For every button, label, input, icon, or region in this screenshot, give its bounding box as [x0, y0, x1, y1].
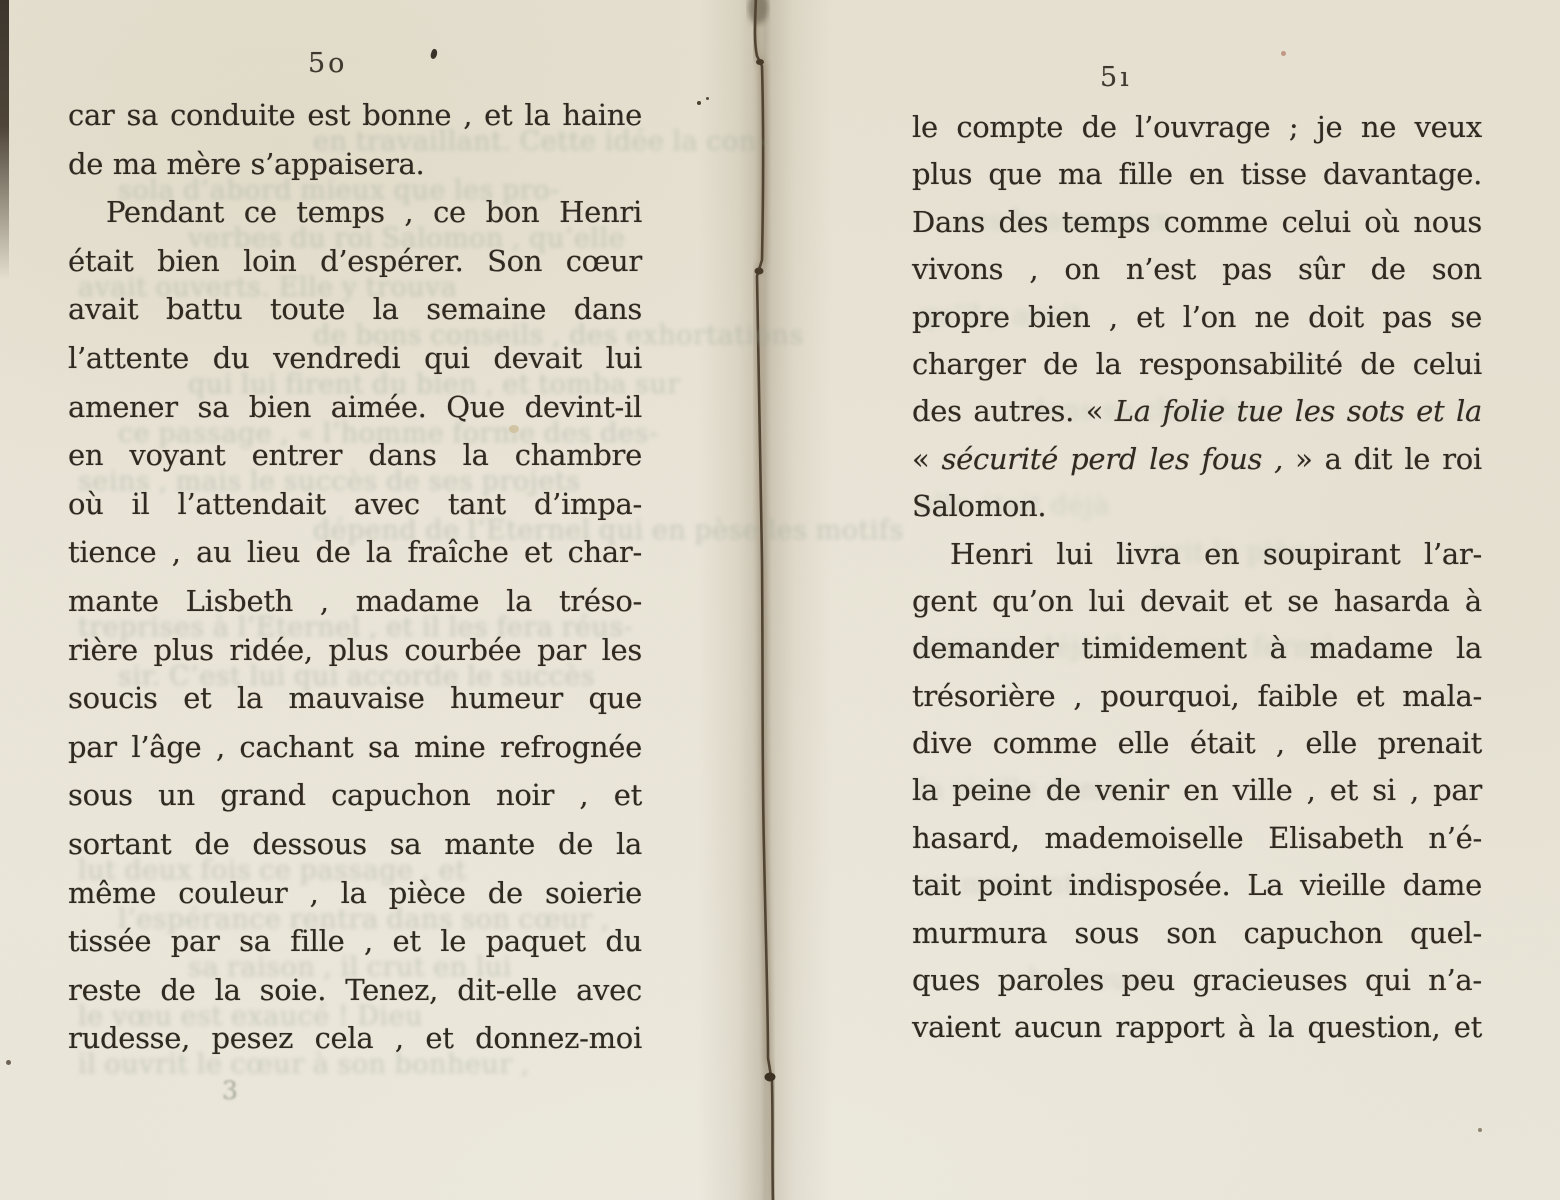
text-line: manteLisbeth,madamelatréso-: [68, 577, 642, 626]
word: ;: [1289, 104, 1298, 151]
word: Elisabeth: [1268, 815, 1403, 862]
word: la: [463, 431, 489, 480]
word: mante: [68, 577, 159, 626]
word: paroles: [998, 957, 1104, 1004]
word: devait: [493, 334, 582, 383]
word: peine: [952, 767, 1031, 814]
word: gracieuses: [1193, 957, 1348, 1004]
word: la: [524, 91, 550, 140]
word: lui: [1088, 578, 1124, 625]
word: n’é-: [1428, 815, 1482, 862]
word: vieille: [1300, 862, 1386, 909]
word: et: [1454, 1004, 1482, 1051]
word: n’a-: [1428, 957, 1482, 1004]
word: rapport: [1115, 1004, 1224, 1051]
word: et: [1330, 767, 1358, 814]
word: qu’on: [992, 578, 1073, 625]
word: voyant: [129, 431, 225, 480]
word: que: [588, 674, 642, 723]
word: mauvaise: [289, 674, 425, 723]
word: semaine: [426, 285, 546, 334]
word: a: [1325, 436, 1342, 483]
ink-speck: [430, 48, 439, 59]
word: ,: [320, 577, 329, 626]
word: devait: [1140, 578, 1229, 625]
word: ,: [404, 188, 413, 237]
word: entrer: [252, 431, 343, 480]
word: tisse: [1240, 151, 1306, 198]
word: chambre: [515, 431, 642, 480]
binding-crease: [690, 0, 850, 1200]
word: je: [1317, 104, 1343, 151]
word: amener: [68, 383, 178, 432]
text-line: demandertimidementàmadamela: [912, 625, 1482, 672]
word: ,: [364, 917, 373, 966]
word: si: [1372, 767, 1396, 814]
word: d’espérer.: [320, 237, 463, 286]
word: capuchon: [1243, 910, 1382, 957]
text-line: tience,aulieudelafraîcheetchar-: [68, 528, 642, 577]
word: ne: [1255, 294, 1290, 341]
word: quel-: [1410, 910, 1482, 957]
word: avait: [68, 285, 138, 334]
word: con-: [706, 118, 766, 167]
word: question,: [1308, 1004, 1441, 1051]
word: faible: [1257, 673, 1338, 720]
word: la: [1096, 341, 1122, 388]
word: Que: [446, 383, 505, 432]
word: Dans: [912, 199, 985, 246]
text-line: hasard,mademoiselleElisabethn’é-: [912, 815, 1482, 862]
word: cachant: [239, 723, 353, 772]
word: l’âge: [131, 723, 201, 772]
word: la: [673, 118, 699, 167]
page-number-left: 5o: [308, 48, 347, 79]
word: et: [484, 91, 512, 140]
word: sous: [68, 771, 133, 820]
word: la: [1268, 1004, 1294, 1051]
word: sa: [239, 917, 271, 966]
word: la: [1456, 625, 1482, 672]
ink-speck: [706, 97, 709, 100]
word: indisposée.: [1069, 862, 1231, 909]
word: couleur: [178, 869, 287, 918]
word: les: [1295, 388, 1335, 435]
word: Pendant: [106, 188, 224, 237]
word: l’on: [1183, 294, 1236, 341]
word: de: [1082, 104, 1117, 151]
word: qui: [424, 334, 470, 383]
text-line: Pendantcetemps,cebonHenri: [68, 188, 642, 237]
foxing-speck: [1478, 1128, 1482, 1132]
word: Lisbeth: [186, 577, 293, 626]
signature-mark: 3: [222, 1076, 238, 1105]
word: conduite: [170, 91, 295, 140]
text-line: vivons,onn’estpassûrdeson: [912, 246, 1482, 293]
text-line: oùill’attendaitavectantd’impa-: [68, 480, 642, 529]
word: ma: [1058, 151, 1102, 198]
word: du: [605, 917, 642, 966]
word: plus: [154, 626, 214, 675]
text-line: lapeinedevenirenville,etsi,par: [912, 767, 1482, 814]
word: où: [1364, 199, 1400, 246]
word: ce: [433, 188, 466, 237]
word: ,: [172, 528, 181, 577]
word: la: [215, 966, 241, 1015]
text-line: soucisetlamauvaisehumeurque: [68, 674, 642, 723]
word: ,: [1109, 294, 1118, 341]
word: fraîche: [407, 528, 508, 577]
word: par: [1433, 767, 1482, 814]
word: tience: [68, 528, 156, 577]
word: des: [998, 199, 1048, 246]
word: humeur: [450, 674, 563, 723]
word: ,: [1410, 767, 1419, 814]
word: ridée,: [229, 626, 312, 675]
word: madame: [1310, 625, 1434, 672]
text-line: taitpointindisposée.Lavieilledame: [912, 862, 1482, 909]
word: se: [1450, 294, 1481, 341]
word: la: [912, 767, 938, 814]
word: nous: [1413, 199, 1482, 246]
word: motifs: [816, 507, 904, 556]
text-line: proprebien,etl’onnedoitpasse: [912, 294, 1482, 341]
word: la: [341, 869, 367, 918]
book-scan: entravaillant.Cetteidéelacon-solad’abord…: [0, 0, 1560, 1200]
word: où: [68, 480, 104, 529]
text-line: amenersabienaimée.Quedevint-il: [68, 383, 642, 432]
word: comme: [1164, 199, 1268, 246]
word: de: [1043, 341, 1078, 388]
word: sûr: [1298, 246, 1345, 293]
word: cela: [315, 1014, 374, 1063]
word: les: [1149, 436, 1189, 483]
word: bon: [486, 188, 540, 237]
word: livra: [1116, 531, 1181, 578]
word: et: [614, 771, 642, 820]
word: sots: [1347, 388, 1405, 435]
word: de: [558, 820, 593, 869]
word: tissée: [68, 917, 151, 966]
word: devint-il: [525, 383, 642, 432]
word: doit: [1308, 294, 1364, 341]
word: prenait: [1378, 720, 1482, 767]
text-line: rièreplusridée,pluscourbéeparles: [68, 626, 642, 675]
word: en: [1183, 767, 1218, 814]
word: était: [1190, 720, 1256, 767]
word: ce: [244, 188, 277, 237]
word: toute: [270, 285, 345, 334]
word: ,: [395, 1014, 404, 1063]
word: perd: [1070, 436, 1137, 483]
text-line: restedelasoie.Tenez,dit-elleavec: [68, 966, 642, 1015]
word: murmura: [912, 910, 1047, 957]
word: par: [537, 626, 586, 675]
word: des: [912, 388, 962, 435]
word: de: [316, 528, 351, 577]
word: courbée: [404, 626, 521, 675]
word: vaient: [912, 1004, 1001, 1051]
word: pièce: [389, 869, 466, 918]
word: sa: [127, 91, 159, 140]
word: de: [488, 869, 523, 918]
word: du: [213, 334, 250, 383]
word: tréso-: [559, 577, 642, 626]
word: de: [160, 966, 195, 1015]
word: de: [1046, 767, 1081, 814]
word: bien: [1028, 294, 1090, 341]
text-line: Henriluilivraensoupirantl’ar-: [912, 531, 1482, 578]
word: venir: [1095, 767, 1169, 814]
word: dit: [1354, 436, 1393, 483]
word: avec: [354, 480, 420, 529]
word: est: [307, 91, 350, 140]
word: timidement: [1081, 625, 1246, 672]
word: ne: [1361, 104, 1396, 151]
word: comme: [993, 720, 1097, 767]
text-line: sousungrandcapuchonnoir,et: [68, 771, 642, 820]
word: d’impa-: [534, 480, 642, 529]
word: sortant: [68, 820, 171, 869]
word: noir: [496, 771, 554, 820]
word: on: [1064, 246, 1100, 293]
word: l’ar-: [1424, 531, 1482, 578]
text-line: rudesse,pesezcela,etdonnez-moi: [68, 1014, 642, 1063]
word: avec: [576, 966, 642, 1015]
word: mère: [166, 140, 241, 189]
word: battu: [166, 285, 242, 334]
word: celui: [1282, 199, 1351, 246]
word: en: [68, 431, 103, 480]
word: dans: [574, 285, 642, 334]
text-line: mêmecouleur,lapiècedesoierie: [68, 869, 642, 918]
word: reste: [68, 966, 141, 1015]
word: mine: [414, 723, 485, 772]
word: la: [373, 285, 399, 334]
word: en: [652, 507, 686, 556]
word: cœur: [566, 237, 642, 286]
foxing-speck: [6, 1060, 11, 1065]
word: La: [1247, 862, 1283, 909]
word: aimée.: [331, 383, 427, 432]
text-line: tisséeparsafille,etlepaquetdu: [68, 917, 642, 966]
word: temps: [296, 188, 384, 237]
word: et: [1136, 294, 1164, 341]
word: compte: [956, 104, 1063, 151]
word: la: [1456, 388, 1482, 435]
word: celui: [1413, 341, 1482, 388]
word: soierie: [545, 869, 642, 918]
word: sa: [368, 723, 400, 772]
word: sa: [390, 820, 422, 869]
word: veux: [1415, 104, 1482, 151]
word: pas: [1382, 294, 1432, 341]
word: mala-: [1402, 673, 1482, 720]
text-line: divecommeelleétait,elleprenait: [912, 720, 1482, 767]
word: de: [1360, 341, 1395, 388]
word: ,: [1307, 767, 1316, 814]
word: et: [183, 674, 211, 723]
word: n’est: [1126, 246, 1196, 293]
word: soucis: [68, 674, 158, 723]
text-line: Salomon.: [912, 483, 1482, 530]
word: était: [68, 237, 134, 286]
word: l’attente: [68, 334, 189, 383]
word: le: [912, 104, 938, 151]
word: aucun: [1014, 1004, 1102, 1051]
word: donnez-moi: [475, 1014, 642, 1063]
word: rière: [68, 626, 138, 675]
word: paquet: [486, 917, 586, 966]
word: à: [1238, 1004, 1255, 1051]
word: autres.: [973, 388, 1074, 435]
word: elle: [1305, 720, 1357, 767]
word: dit-elle: [457, 966, 557, 1015]
word: point: [978, 862, 1052, 909]
text-line: avaitbattutoutelasemainedans: [68, 285, 642, 334]
word: mademoiselle: [1045, 815, 1244, 862]
text-line: étaitbienloind’espérer.Soncœur: [68, 237, 642, 286]
word: davantage.: [1323, 151, 1482, 198]
word: ,: [579, 771, 588, 820]
word: pourquoi,: [1100, 673, 1239, 720]
word: Henri: [950, 531, 1033, 578]
word: l’attendait: [178, 480, 326, 529]
word: de: [194, 820, 229, 869]
word: plus: [912, 151, 972, 198]
word: tant: [448, 480, 506, 529]
word: un: [158, 771, 195, 820]
word: même: [68, 869, 156, 918]
word: bien: [249, 383, 311, 432]
word: madame: [356, 577, 480, 626]
word: dame: [1403, 862, 1482, 909]
word: vendredi: [273, 334, 400, 383]
word: tue: [1236, 388, 1283, 435]
word: en: [1204, 531, 1239, 578]
word: car: [68, 91, 115, 140]
word: de: [68, 140, 103, 189]
word: vivons: [912, 246, 1003, 293]
word: et: [1416, 388, 1444, 435]
word: capuchon: [331, 771, 470, 820]
text-line: demamères’appaisera.: [68, 140, 642, 189]
word: ,: [1274, 436, 1283, 483]
word: Son: [487, 237, 542, 286]
word: ,: [1073, 673, 1082, 720]
word: les: [602, 626, 642, 675]
word: se: [1287, 578, 1318, 625]
word: pas: [1222, 246, 1272, 293]
word: propre: [912, 294, 1010, 341]
word: ,: [310, 869, 319, 918]
word: peu: [1122, 957, 1176, 1004]
text-line: «sécuritéperdlesfous,»aditleroi: [912, 436, 1482, 483]
word: lui: [606, 334, 642, 383]
word: il: [132, 480, 150, 529]
text-line: trésorière,pourquoi,faibleetmala-: [912, 673, 1482, 720]
word: par: [68, 723, 117, 772]
word: s’appaisera.: [251, 140, 425, 189]
word: La: [1115, 388, 1151, 435]
text-line: l’attenteduvendrediquidevaitlui: [68, 334, 642, 383]
scan-edge-shadow: [0, 0, 9, 280]
word: exhortations: [626, 312, 804, 361]
word: pesez: [212, 1014, 294, 1063]
word: fille: [1118, 151, 1172, 198]
word: ,: [216, 723, 225, 772]
word: ,: [463, 91, 472, 140]
word: soie.: [260, 966, 327, 1015]
word: pèse: [694, 507, 759, 556]
word: les: [768, 507, 808, 556]
word: »: [1295, 436, 1312, 483]
word: l’ouvrage: [1135, 104, 1270, 151]
word: la: [366, 528, 392, 577]
word: bien: [157, 237, 219, 286]
right-page-text: lecomptedel’ouvrage;jeneveuxplusquemafil…: [912, 104, 1482, 1052]
page-number-right: 5ı: [1100, 62, 1132, 93]
word: que: [988, 151, 1042, 198]
word: temps: [1062, 199, 1150, 246]
word: «: [1086, 388, 1103, 435]
word: responsabilité: [1139, 341, 1343, 388]
word: rudesse,: [68, 1014, 190, 1063]
left-page-text: carsaconduiteestbonne,etlahainedemamères…: [68, 91, 642, 1063]
word: mante: [444, 820, 535, 869]
text-line: Dansdestempscommeceluioùnous: [912, 199, 1482, 246]
word: lieu: [247, 528, 300, 577]
word: son: [1432, 246, 1482, 293]
word: et: [425, 1014, 453, 1063]
text-line: parl’âge,cachantsaminerefrognée: [68, 723, 642, 772]
word: Salomon.: [912, 483, 1046, 530]
word: sécurité: [942, 436, 1059, 483]
text-line: envoyantentrerdanslachambre: [68, 431, 642, 480]
text-line: sortantdedessoussamantedela: [68, 820, 642, 869]
word: sa: [197, 383, 229, 432]
text-line: murmurasoussoncapuchonquel-: [912, 910, 1482, 957]
word: le: [1404, 436, 1430, 483]
text-line: chargerdelaresponsabilitédecelui: [912, 341, 1482, 388]
word: hasarda: [1334, 578, 1450, 625]
word: fille: [290, 917, 344, 966]
word: à: [1270, 625, 1287, 672]
word: fous: [1202, 436, 1263, 483]
word: en: [1189, 151, 1224, 198]
text-line: carsaconduiteestbonne,etlahaine: [68, 91, 642, 140]
word: et: [524, 528, 552, 577]
word: et: [1356, 673, 1384, 720]
word: char-: [568, 528, 642, 577]
word: ques: [912, 957, 980, 1004]
text-line: desautres.«Lafolietuelessotsetla: [912, 388, 1482, 435]
word: la: [616, 820, 642, 869]
word: à: [1465, 578, 1482, 625]
word: plus: [329, 626, 389, 675]
word: ,: [1276, 720, 1285, 767]
word: refrognée: [500, 723, 642, 772]
word: sous: [1074, 910, 1139, 957]
word: charger: [912, 341, 1026, 388]
word: la: [237, 674, 263, 723]
word: ,: [1029, 246, 1038, 293]
word: Tenez,: [345, 966, 438, 1015]
word: de: [1371, 246, 1406, 293]
word: «: [912, 436, 929, 483]
word: folie: [1162, 388, 1224, 435]
foxing-speck: [1281, 51, 1286, 56]
